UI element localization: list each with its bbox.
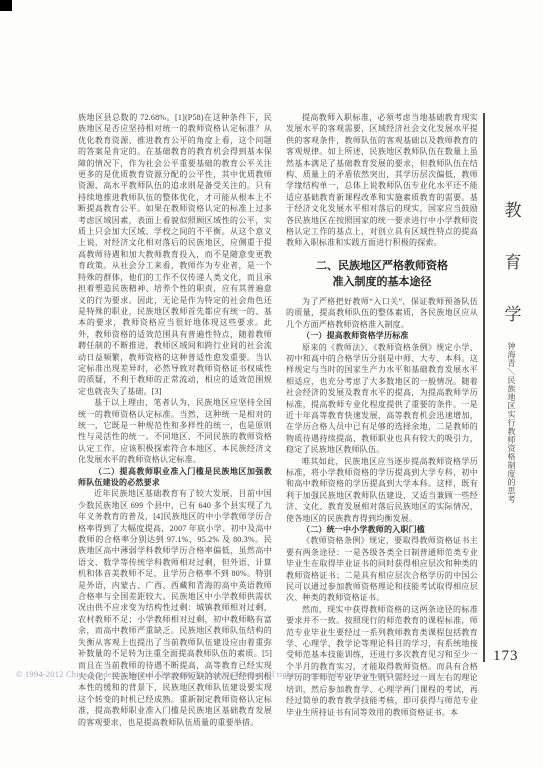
paragraph: 提高教师入职标准，必须考虑当地基础教育现实发展水平的客观需要，区域经济社会文化发…: [286, 112, 478, 249]
margin-running-title: 钟海青＼民族地区实行教师资格制度的思考: [506, 342, 517, 502]
section-heading: 二、民族地区严格教师资格 准入制度的基本途径: [286, 258, 478, 290]
page-number: 173: [493, 648, 519, 665]
subsection-heading: （一）提高教师资格学历标准: [286, 330, 478, 341]
left-column: 族地区县总数的 72.68%。[1](P58)在这种条件下，民族地区是否应坚持相…: [78, 112, 272, 728]
category-char: 教: [503, 196, 523, 221]
paragraph: 为了严格把好教师“入口关”，保证教师预备队伍的质量，提高教师队伍的整体素质，各民…: [286, 296, 478, 330]
journal-scan-page: 族地区县总数的 72.68%。[1](P58)在这种条件下，民族地区是否应坚持相…: [0, 0, 543, 768]
paragraph: 《教师资格条例》规定，要取得教师资格证书主要有两条途径：一是各级各类全日制普通师…: [286, 535, 478, 603]
copyright-watermark: © 1994-2012 China Academic Journal Elect…: [16, 669, 406, 679]
paragraph: 原来的《教师法》、《教师资格条例》规定小学、初中和高中的合格学历分别是中师、大专…: [286, 342, 478, 456]
category-char: 学: [503, 300, 523, 325]
subsection-heading: （二）统一中小学教师的入职门槛: [286, 524, 478, 535]
paragraph: 基于以上理由，笔者认为，民族地区应坚持全国统一的教师资格认定标准。当然，这种统一…: [78, 397, 272, 465]
paragraph-continued: 族地区县总数的 72.68%。[1](P58)在这种条件下，民族地区是否应坚持相…: [78, 112, 272, 397]
margin-category-label: 教 育 学: [503, 196, 523, 325]
paragraph: 然而，现实中获得教师资格的这两条途径的标准要求并不一致。按照现行的师范教育的课程…: [286, 604, 478, 718]
paragraph: 近年民族地区基础教育有了较大发展，目前中国少数民族地区 699 个县中，已有 6…: [78, 488, 272, 728]
section-heading-line2: 准入制度的基本途径: [286, 274, 478, 290]
column-divider: [483, 113, 485, 662]
subsection-heading: （二）提高教师职业准入门槛是民族地区加强教师队伍建设的必然要求: [78, 466, 272, 489]
scan-corner-mark: [0, 0, 12, 11]
paragraph: 唯其如此，民族地区应当逐步提高教师资格学历标准，将小学教师资格的学历提高到大学专…: [286, 456, 478, 524]
section-heading-line1: 二、民族地区严格教师资格: [286, 258, 478, 274]
right-column: 提高教师入职标准，必须考虑当地基础教育现实发展水平的客观需要，区域经济社会文化发…: [286, 112, 478, 718]
category-char: 育: [503, 248, 523, 273]
